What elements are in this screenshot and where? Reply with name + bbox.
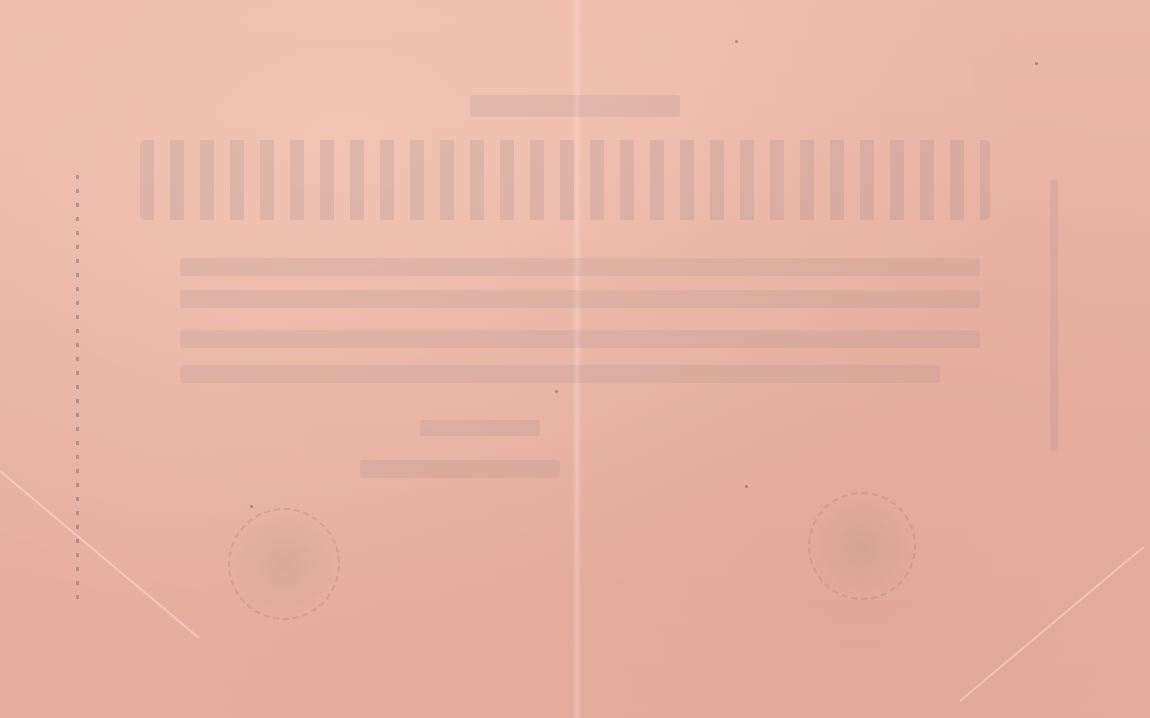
- paper-speck: [735, 40, 738, 43]
- bleed-through-text-line: [180, 365, 940, 383]
- bleed-through-border: [1050, 180, 1058, 450]
- banknote-reverse: [0, 0, 1150, 718]
- bleed-through-text-line: [180, 258, 980, 276]
- perforation-dots: [76, 175, 79, 605]
- seal-impression-right: [808, 492, 916, 600]
- paper-speck: [1035, 62, 1038, 65]
- crease-line: [0, 470, 200, 639]
- bleed-through-date: [360, 460, 560, 478]
- bleed-through-title: [140, 140, 990, 220]
- paper-speck: [555, 390, 558, 393]
- paper-speck: [745, 485, 748, 488]
- bleed-through-text-line: [420, 420, 540, 436]
- seal-impression-left: [228, 508, 340, 620]
- bleed-through-text-line: [180, 330, 980, 348]
- bleed-through-header: [470, 95, 680, 117]
- paper-speck: [250, 505, 253, 508]
- bleed-through-text-line: [180, 290, 980, 308]
- crease-line: [959, 546, 1144, 702]
